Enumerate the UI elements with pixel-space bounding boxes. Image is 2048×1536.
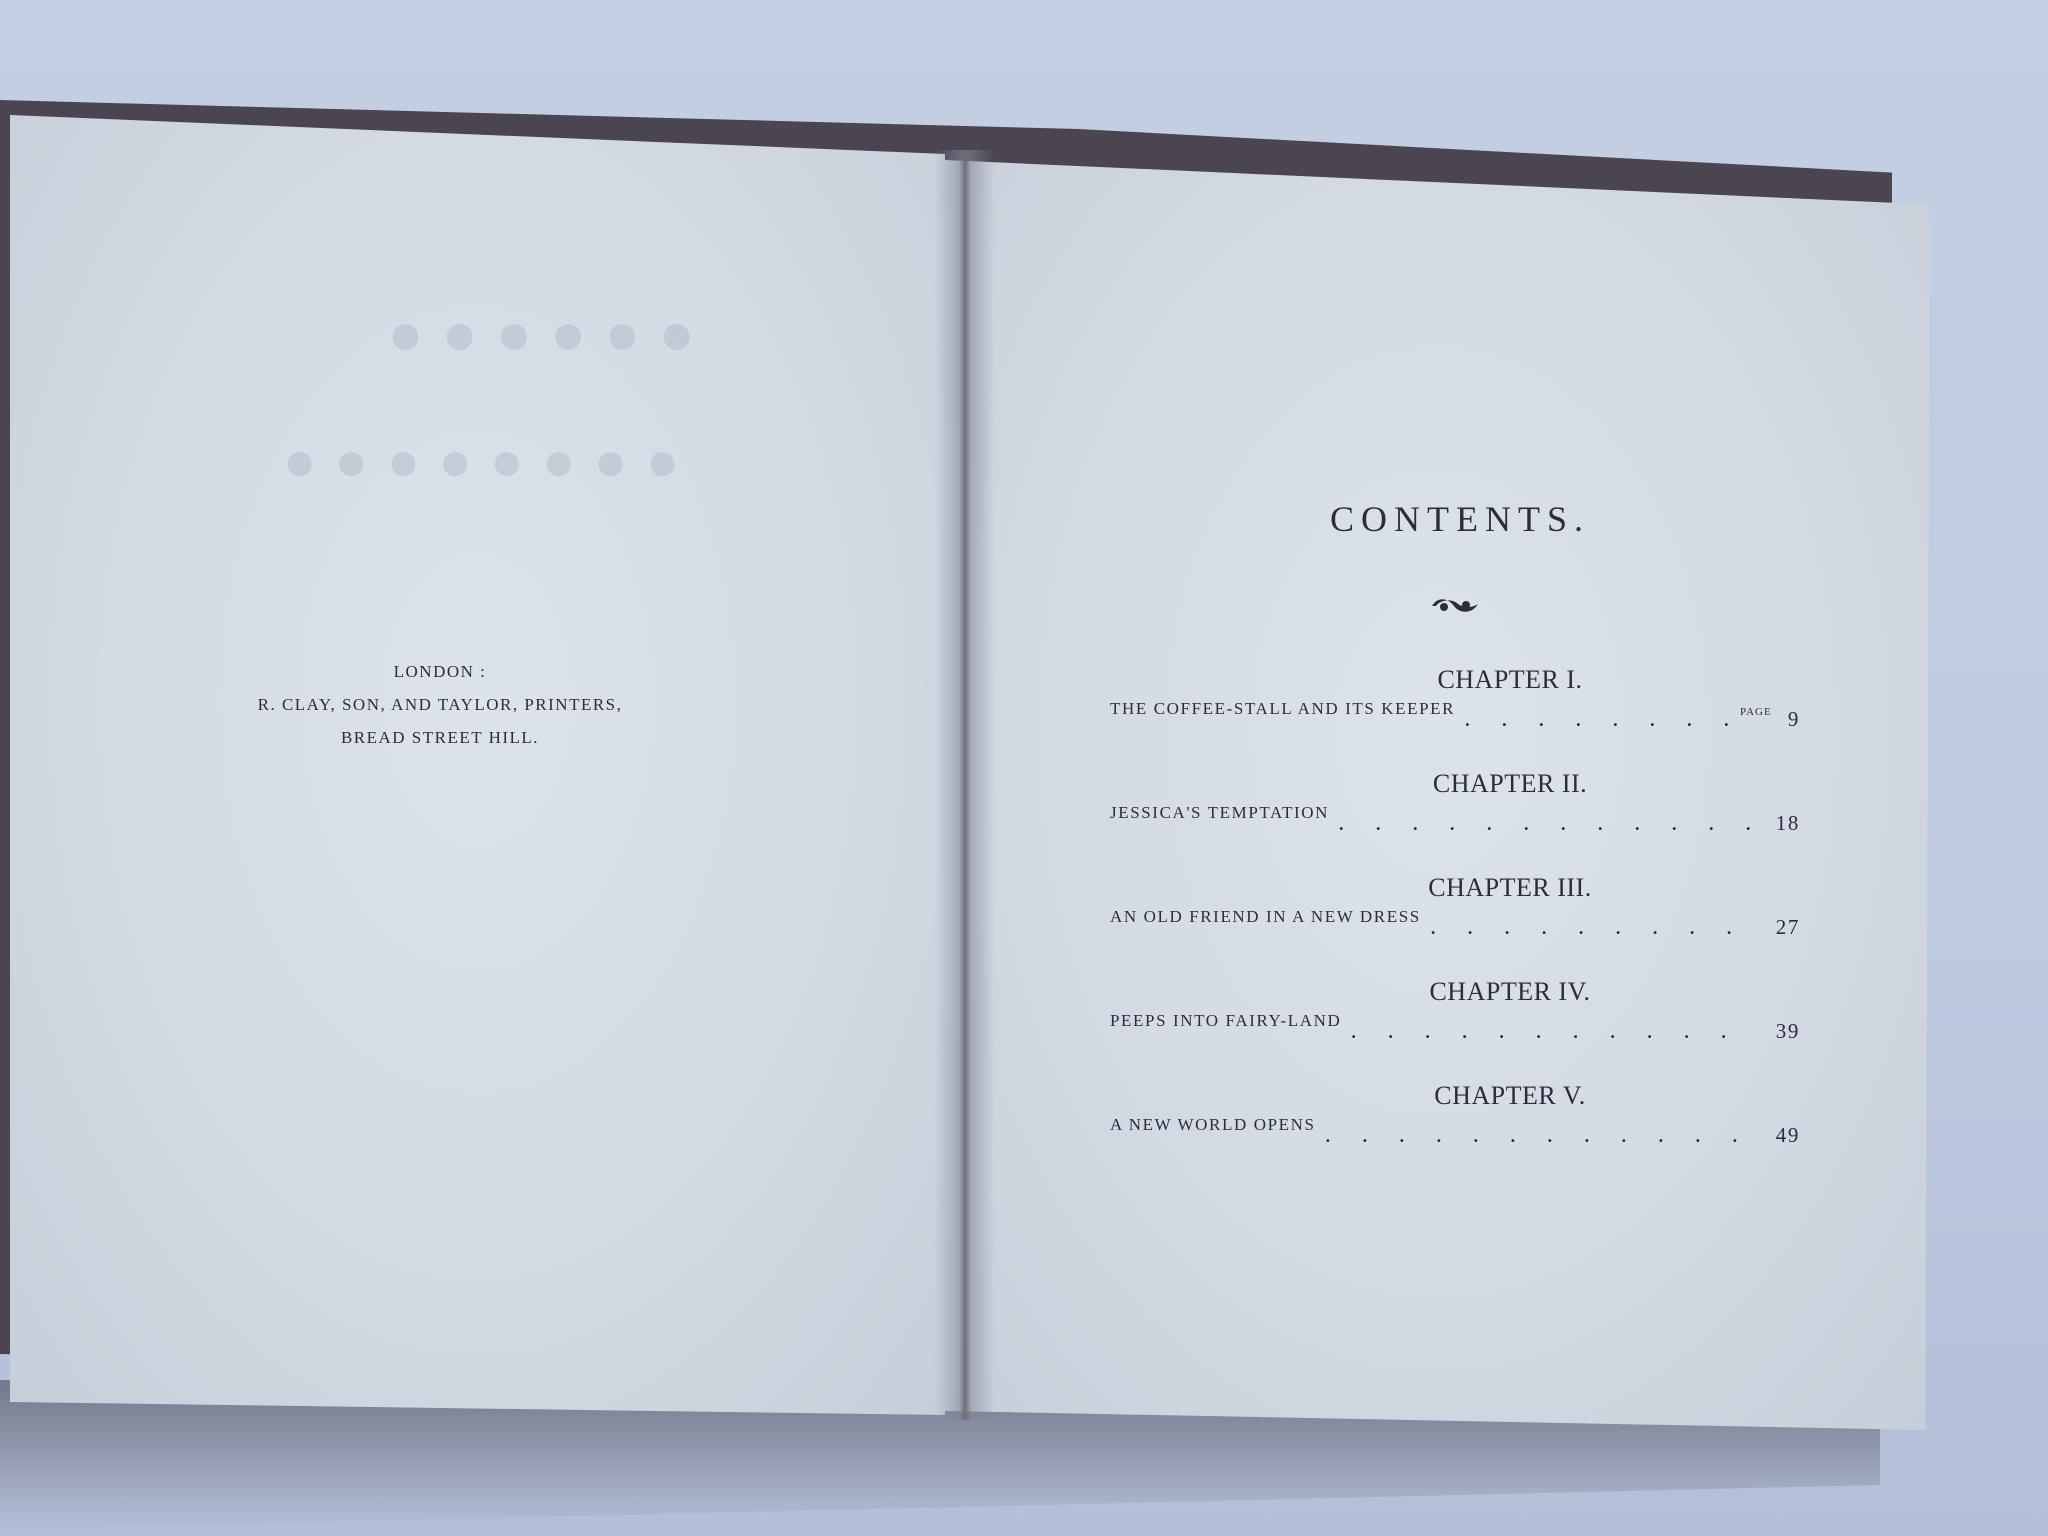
chapter-page-number: 18 — [1764, 811, 1800, 836]
chapter-heading: CHAPTER II. — [1220, 769, 1800, 799]
chapter-title: JESSICA'S TEMPTATION — [1110, 803, 1329, 823]
dot-leader: . . . . . . . . . . . . . . . . . . . . — [1431, 918, 1754, 939]
toc-chapter-1: CHAPTER I. THE COFFEE-STALL AND ITS KEEP… — [1100, 665, 1800, 745]
chapter-page-number: 9 — [1764, 707, 1800, 732]
toc-chapter-5: CHAPTER V. A NEW WORLD OPENS . . . . . .… — [1100, 1081, 1800, 1161]
chapter-page-number: 39 — [1764, 1019, 1800, 1044]
chapter-title: PEEPS INTO FAIRY-LAND — [1110, 1011, 1341, 1031]
chapter-heading: CHAPTER V. — [1220, 1081, 1800, 1111]
toc-chapter-4: CHAPTER IV. PEEPS INTO FAIRY-LAND . . . … — [1100, 977, 1800, 1057]
show-through-ghost-text: ●●●●●●●● — [170, 430, 810, 494]
printer-imprint: LONDON : R. CLAY, SON, AND TAYLOR, PRINT… — [200, 655, 680, 754]
toc-entry[interactable]: JESSICA'S TEMPTATION . . . . . . . . . .… — [1110, 799, 1800, 849]
chapter-title: A NEW WORLD OPENS — [1110, 1115, 1316, 1135]
toc-chapter-3: CHAPTER III. AN OLD FRIEND IN A NEW DRES… — [1100, 873, 1800, 953]
chapter-title: THE COFFEE-STALL AND ITS KEEPER — [1110, 699, 1455, 719]
table-of-contents: CHAPTER I. THE COFFEE-STALL AND ITS KEEP… — [1100, 665, 1800, 1161]
photo-scene: ●●●●●● ●●●●●●●● LONDON : R. CLAY, SON, A… — [0, 0, 2048, 1536]
dot-leader: . . . . . . . . . . . . . . . . . . . . … — [1351, 1022, 1754, 1043]
toc-entry[interactable]: THE COFFEE-STALL AND ITS KEEPER . . . . … — [1110, 695, 1800, 745]
dot-leader: . . . . . . . . . . . . . . . . . . . . — [1465, 710, 1754, 731]
contents-heading: CONTENTS. — [1330, 498, 1590, 540]
imprint-address: BREAD STREET HILL. — [200, 721, 680, 754]
book-gutter — [935, 150, 995, 1420]
chapter-heading: CHAPTER III. — [1220, 873, 1800, 903]
chapter-heading: CHAPTER I. — [1220, 665, 1800, 695]
chapter-page-number: 27 — [1764, 915, 1800, 940]
chapter-title: AN OLD FRIEND IN A NEW DRESS — [1110, 907, 1421, 927]
toc-entry[interactable]: PEEPS INTO FAIRY-LAND . . . . . . . . . … — [1110, 1007, 1800, 1057]
toc-entry[interactable]: AN OLD FRIEND IN A NEW DRESS . . . . . .… — [1110, 903, 1800, 953]
dot-leader: . . . . . . . . . . . . . . . . . . . . … — [1326, 1126, 1754, 1147]
chapter-heading: CHAPTER IV. — [1220, 977, 1800, 1007]
imprint-printer: R. CLAY, SON, AND TAYLOR, PRINTERS, — [200, 688, 680, 721]
toc-entry[interactable]: A NEW WORLD OPENS . . . . . . . . . . . … — [1110, 1111, 1800, 1161]
imprint-city: LONDON : — [200, 655, 680, 688]
fleuron-icon — [1430, 594, 1480, 616]
chapter-page-number: 49 — [1764, 1123, 1800, 1148]
show-through-ghost-text: ●●●●●● — [300, 300, 800, 369]
toc-chapter-2: CHAPTER II. JESSICA'S TEMPTATION . . . .… — [1100, 769, 1800, 849]
dot-leader: . . . . . . . . . . . . . . . . . . . . … — [1339, 814, 1754, 835]
